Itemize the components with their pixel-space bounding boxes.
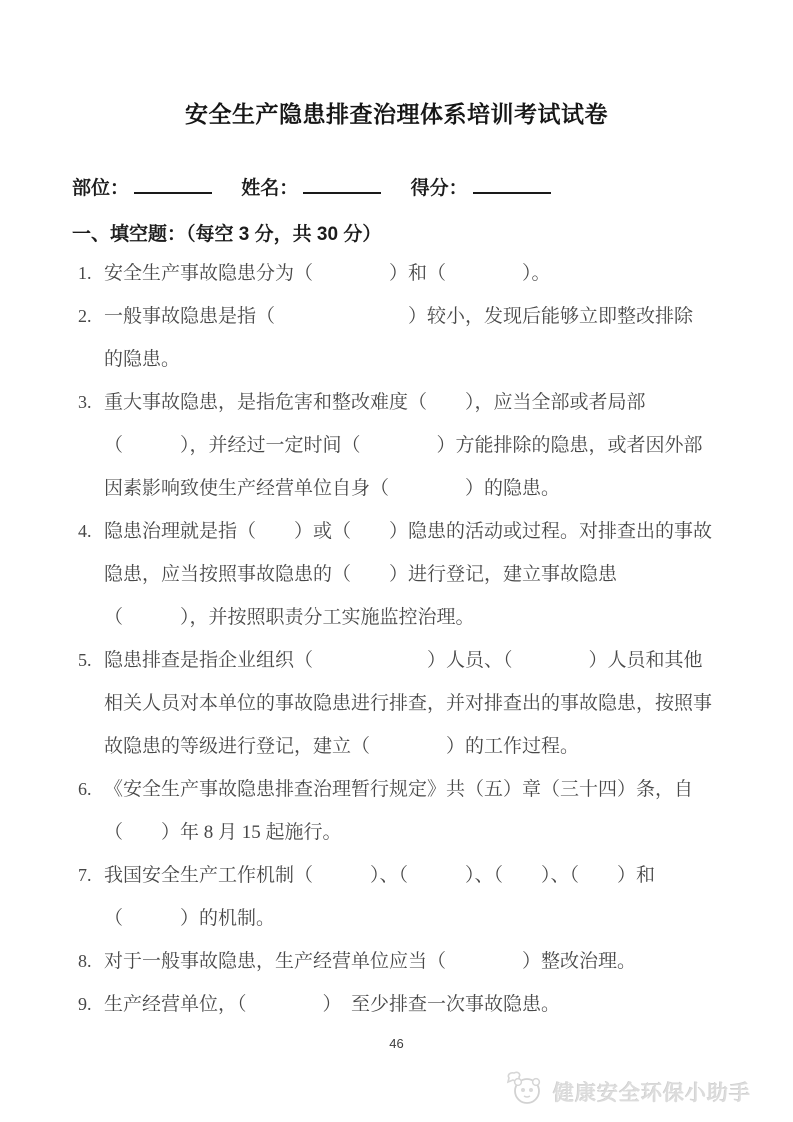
question-line: （ ）年 8 月 15 起施行。 <box>104 811 738 854</box>
question-6: 6. 《安全生产事故隐患排查治理暂行规定》共（五）章（三十四）条，自 （ ）年 … <box>78 768 738 854</box>
question-line: 相关人员对本单位的事故隐患进行排查，并对排查出的事故隐患，按照事 <box>104 682 738 725</box>
panda-chat-icon <box>505 1069 545 1114</box>
question-line: 的隐患。 <box>104 338 738 381</box>
department-blank-line <box>134 175 212 194</box>
name-field-label: 姓名： <box>241 178 298 199</box>
question-line: 生产经营单位，（ ） 至少排查一次事故隐患。 <box>104 983 738 1026</box>
section-heading-fill-in-blanks: 一、填空题：（每空 3 分，共 30 分） <box>72 219 793 246</box>
question-1: 1. 安全生产事故隐患分为（ ）和（ ）。 <box>78 252 738 295</box>
question-number: 7. <box>78 854 104 897</box>
question-9: 9. 生产经营单位，（ ） 至少排查一次事故隐患。 <box>78 983 738 1026</box>
question-number: 3. <box>78 381 104 424</box>
watermark: 健康安全环保小助手 <box>505 1069 751 1114</box>
question-line: （ ），并按照职责分工实施监控治理。 <box>104 596 738 639</box>
question-line: 隐患治理就是指（ ）或（ ）隐患的活动或过程。对排查出的事故 <box>104 510 738 553</box>
score-field-label: 得分： <box>411 178 468 199</box>
question-number: 9. <box>78 983 104 1026</box>
question-number: 5. <box>78 639 104 682</box>
exam-page: 安全生产隐患排查治理体系培训考试试卷 部位： 姓名： 得分： 一、填空题：（每空… <box>0 0 793 1122</box>
question-line: 安全生产事故隐患分为（ ）和（ ）。 <box>104 252 738 295</box>
question-list: 1. 安全生产事故隐患分为（ ）和（ ）。 2. 一般事故隐患是指（ ）较小，发… <box>78 252 738 1026</box>
name-field: 姓名： <box>241 178 381 199</box>
question-2: 2. 一般事故隐患是指（ ）较小，发现后能够立即整改排除 的隐患。 <box>78 295 738 381</box>
score-blank-line <box>473 175 551 194</box>
question-5: 5. 隐患排查是指企业组织（ ）人员、（ ）人员和其他 相关人员对本单位的事故隐… <box>78 639 738 768</box>
exam-title: 安全生产隐患排查治理体系培训考试试卷 <box>0 96 793 129</box>
question-number: 2. <box>78 295 104 338</box>
question-line: 故隐患的等级进行登记，建立（ ）的工作过程。 <box>104 725 738 768</box>
page-number: 46 <box>0 1036 793 1051</box>
question-number: 8. <box>78 940 104 983</box>
question-line: 因素影响致使生产经营单位自身（ ）的隐患。 <box>104 467 738 510</box>
question-line: （ ），并经过一定时间（ ）方能排除的隐患，或者因外部 <box>104 424 738 467</box>
question-line: 《安全生产事故隐患排查治理暂行规定》共（五）章（三十四）条，自 <box>104 768 738 811</box>
question-line: （ ）的机制。 <box>104 897 738 940</box>
question-line: 隐患，应当按照事故隐患的（ ）进行登记，建立事故隐患 <box>104 553 738 596</box>
exam-header-fields: 部位： 姓名： 得分： <box>72 173 793 200</box>
department-field-label: 部位： <box>72 178 129 199</box>
question-8: 8. 对于一般事故隐患，生产经营单位应当（ ）整改治理。 <box>78 940 738 983</box>
question-7: 7. 我国安全生产工作机制（ ）、（ ）、（ ）、（ ）和 （ ）的机制。 <box>78 854 738 940</box>
question-number: 1. <box>78 252 104 295</box>
watermark-text: 健康安全环保小助手 <box>553 1077 751 1107</box>
question-line: 对于一般事故隐患，生产经营单位应当（ ）整改治理。 <box>104 940 738 983</box>
question-line: 我国安全生产工作机制（ ）、（ ）、（ ）、（ ）和 <box>104 854 738 897</box>
question-number: 6. <box>78 768 104 811</box>
score-field: 得分： <box>411 178 551 199</box>
question-3: 3. 重大事故隐患，是指危害和整改难度（ ），应当全部或者局部 （ ），并经过一… <box>78 381 738 510</box>
department-field: 部位： <box>72 178 212 199</box>
question-line: 隐患排查是指企业组织（ ）人员、（ ）人员和其他 <box>104 639 738 682</box>
question-line: 重大事故隐患，是指危害和整改难度（ ），应当全部或者局部 <box>104 381 738 424</box>
question-line: 一般事故隐患是指（ ）较小，发现后能够立即整改排除 <box>104 295 738 338</box>
name-blank-line <box>303 175 381 194</box>
question-4: 4. 隐患治理就是指（ ）或（ ）隐患的活动或过程。对排查出的事故 隐患，应当按… <box>78 510 738 639</box>
question-number: 4. <box>78 510 104 553</box>
